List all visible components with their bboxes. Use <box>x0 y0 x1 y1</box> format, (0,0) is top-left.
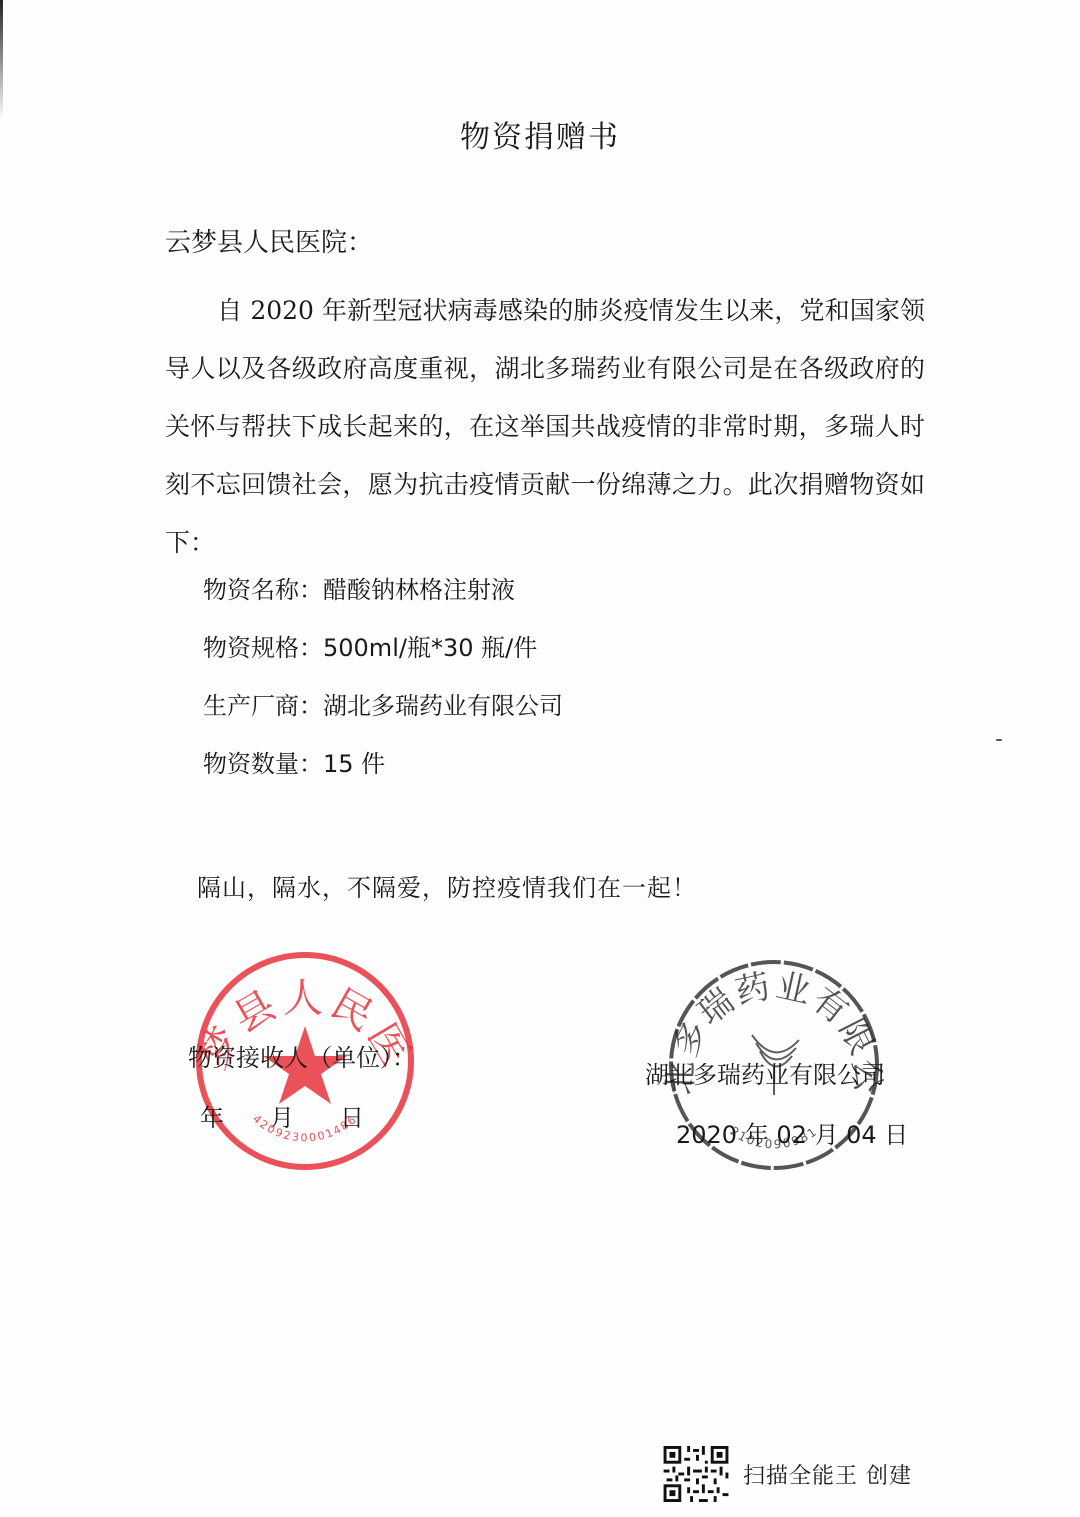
date-month-label: 月 <box>270 1098 294 1133</box>
donor-name: 湖北多瑞药业有限公司 <box>645 1055 885 1090</box>
body-paragraph: 自 2020 年新型冠状病毒感染的肺炎疫情发生以来，党和国家领导人以及各级政府高… <box>165 282 925 572</box>
item-label: 物资名称： <box>203 570 323 605</box>
slogan: 隔山，隔水，不隔爱，防控疫情我们在一起！ <box>197 868 697 903</box>
item-value: 15 件 <box>323 750 385 778</box>
item-label: 物资数量： <box>203 744 323 779</box>
body-text: 自 2020 年新型冠状病毒感染的肺炎疫情发生以来，党和国家领导人以及各级政府高… <box>165 296 925 557</box>
item-quantity-row: 物资数量：15 件 <box>203 744 563 802</box>
donation-item-list: 物资名称：醋酸钠林格注射液 物资规格：500ml/瓶*30 瓶/件 生产厂商：湖… <box>203 570 563 802</box>
item-label: 生产厂商： <box>203 686 323 721</box>
scanned-page: 物资捐赠书 云梦县人民医院： 自 2020 年新型冠状病毒感染的肺炎疫情发生以来… <box>0 0 1080 1517</box>
date-day-label: 日 <box>340 1098 364 1133</box>
item-value: 醋酸钠林格注射液 <box>323 576 515 604</box>
donor-date: 2020 年 02 月 04 日 <box>676 1115 908 1150</box>
watermark-text: 扫描全能王 创建 <box>743 1459 912 1490</box>
item-manufacturer-row: 生产厂商：湖北多瑞药业有限公司 <box>203 686 563 744</box>
item-value: 500ml/瓶*30 瓶/件 <box>323 634 537 662</box>
date-year-label: 年 <box>200 1098 224 1133</box>
item-name-row: 物资名称：醋酸钠林格注射液 <box>203 570 563 628</box>
scan-speck <box>996 739 1002 741</box>
recipient-date: 年月日 <box>200 1098 364 1133</box>
recipient-label: 物资接收人（单位）： <box>188 1038 416 1073</box>
item-value: 湖北多瑞药业有限公司 <box>323 692 563 720</box>
item-label: 物资规格： <box>203 628 323 663</box>
scanner-watermark: 扫描全能王 创建 <box>663 1446 912 1502</box>
item-spec-row: 物资规格：500ml/瓶*30 瓶/件 <box>203 628 563 686</box>
page-edge-shadow <box>0 0 3 120</box>
qr-code-icon <box>663 1446 729 1502</box>
document-title: 物资捐赠书 <box>0 112 1080 156</box>
salutation: 云梦县人民医院： <box>165 222 373 259</box>
